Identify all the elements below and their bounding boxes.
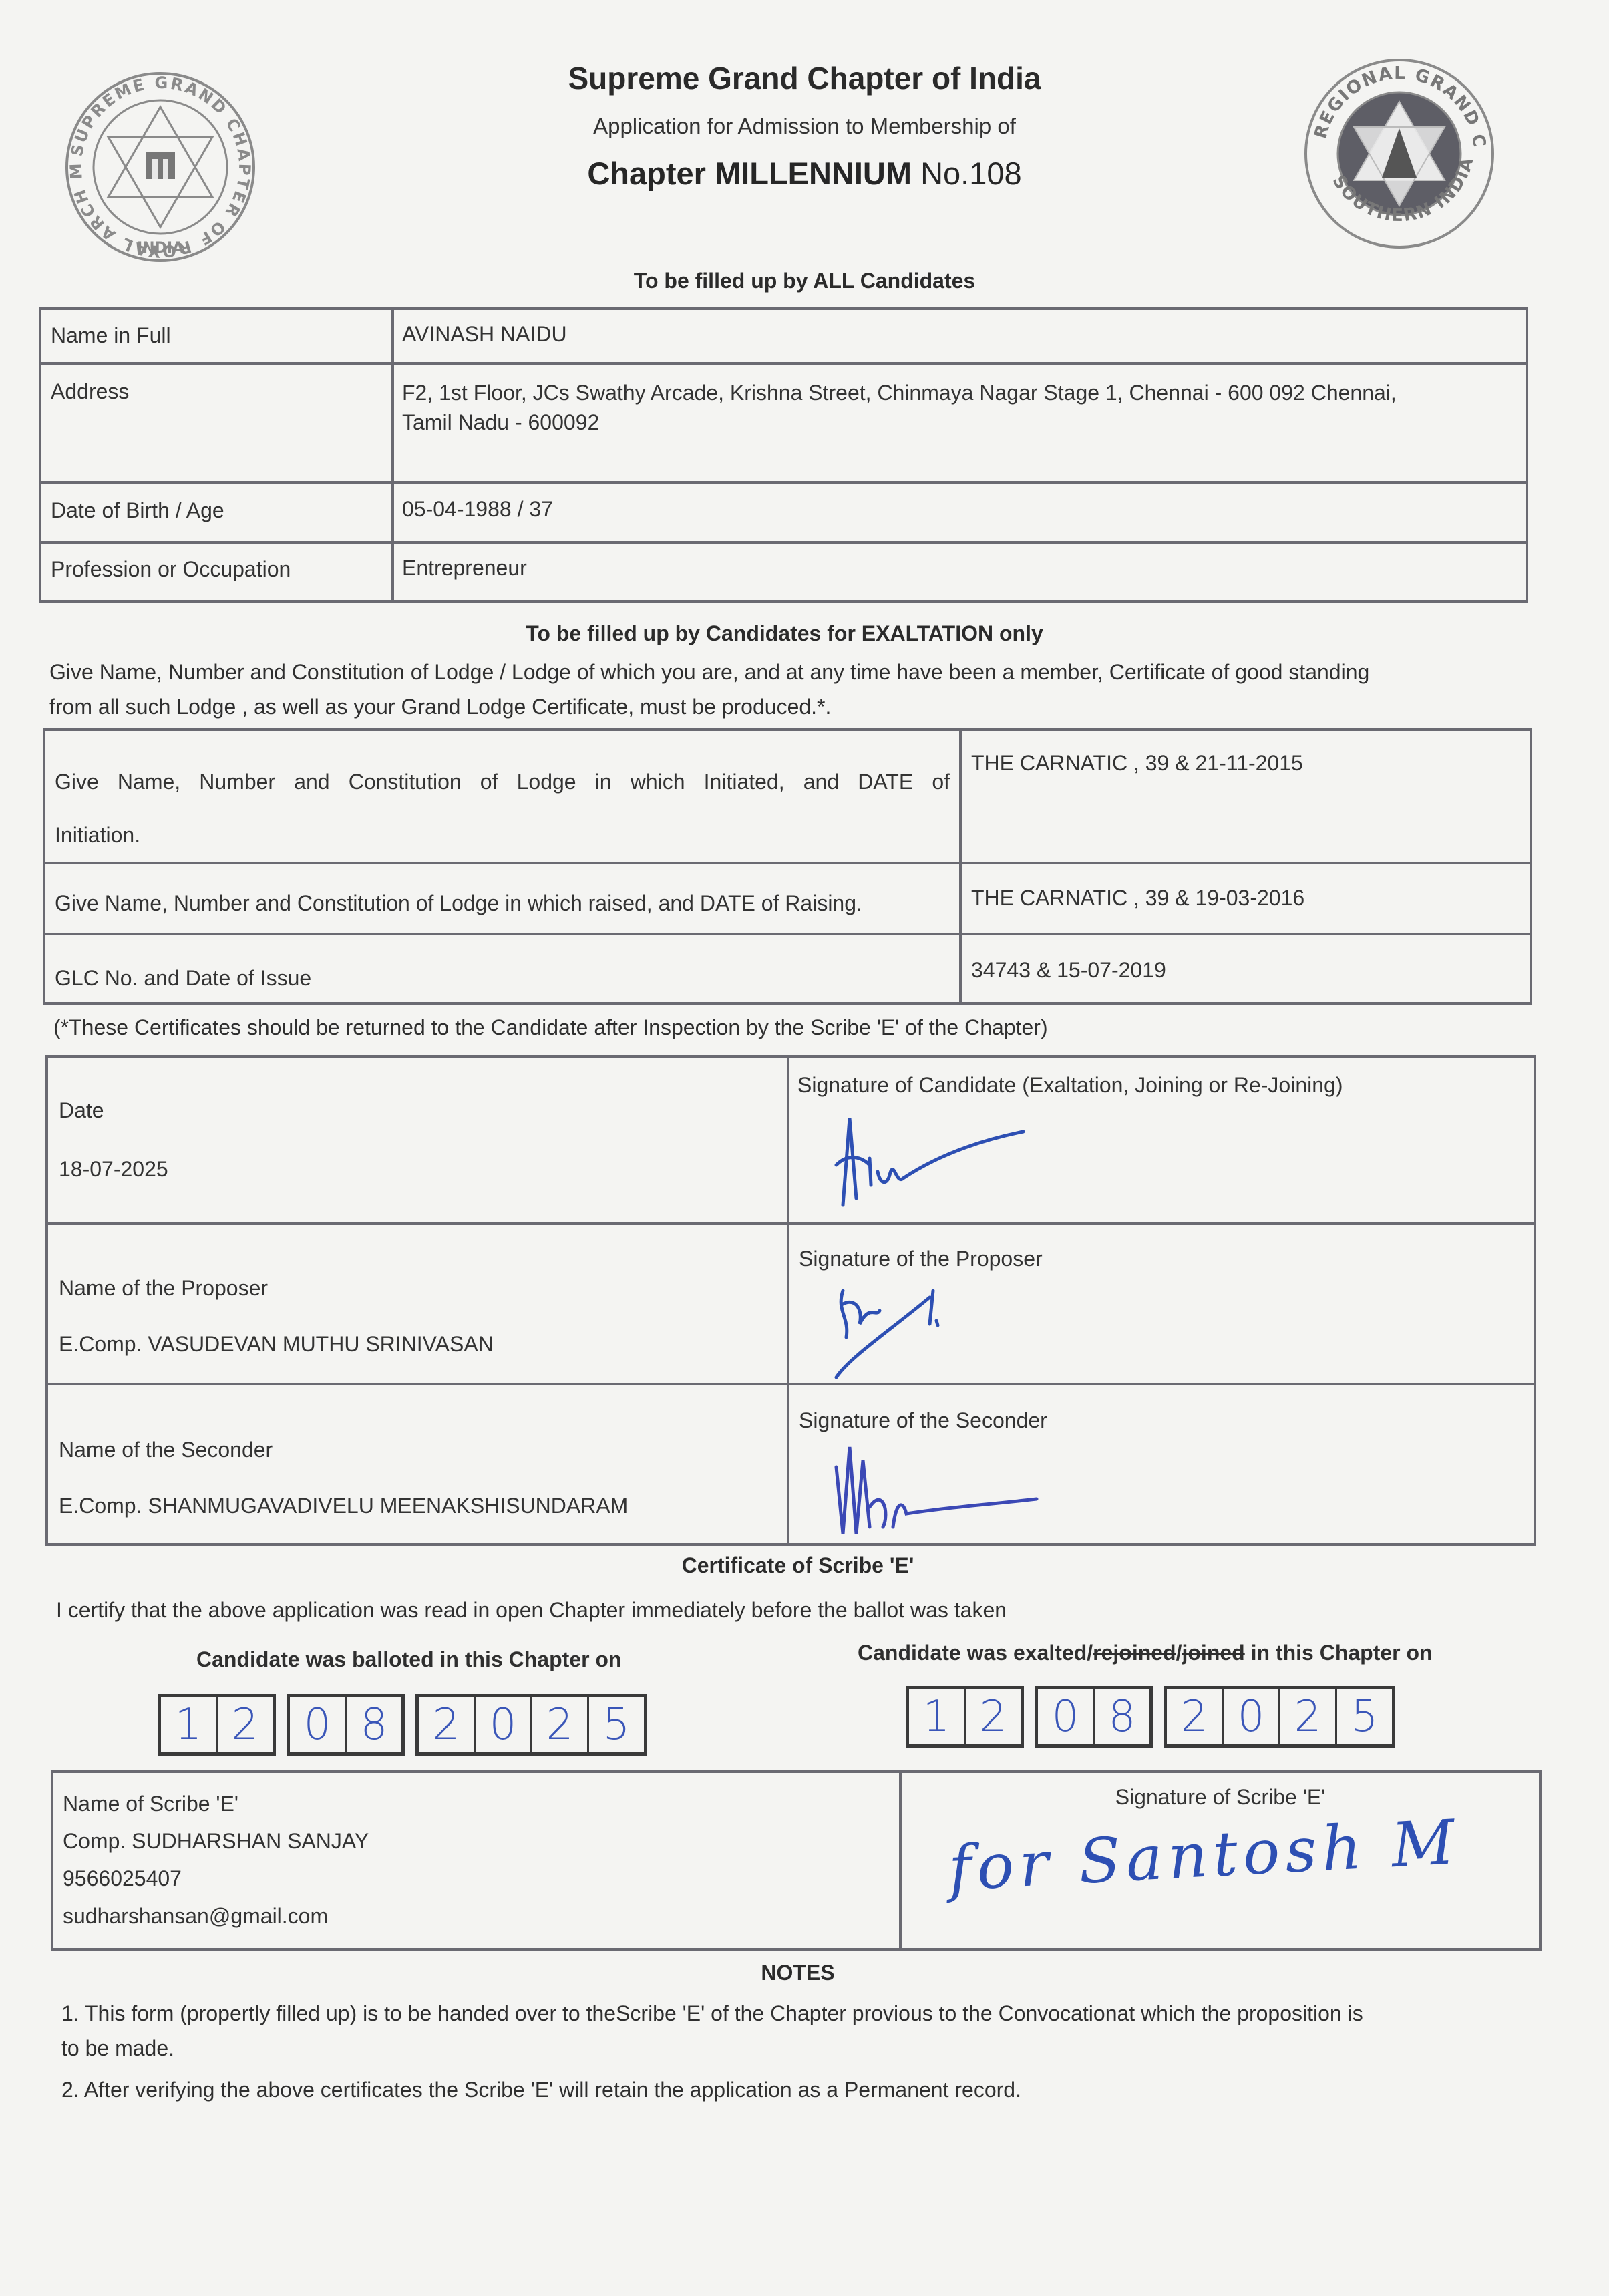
table-row: Address F2, 1st Floor, JCs Swathy Arcade… — [40, 363, 1527, 482]
seconder-cell: Name of the Seconder E.Comp. SHANMUGAVAD… — [47, 1384, 788, 1544]
scribe-signature-label: Signature of Scribe 'E' — [1115, 1785, 1326, 1809]
name-label: Name in Full — [40, 309, 393, 363]
exalted-label-struck-rejoined: rejoined — [1093, 1641, 1176, 1665]
exalted-date-digit[interactable]: 1 — [909, 1689, 966, 1744]
candidate-signature — [823, 1112, 1063, 1212]
address-label: Address — [40, 363, 393, 482]
proposer-label: Name of the Proposer — [59, 1260, 776, 1316]
balloted-date-group-3: 2025 — [415, 1694, 647, 1756]
signatures-table: Date 18-07-2025 Signature of Candidate (… — [45, 1055, 1536, 1546]
candidate-details-table: Name in Full AVINASH NAIDU Address F2, 1… — [39, 307, 1528, 603]
note-item-1: 1. This form (propertly filled up) is to… — [61, 1996, 1571, 2066]
proposer-name: E.Comp. VASUDEVAN MUTHU SRINIVASAN — [59, 1316, 776, 1372]
note-item-2: 2. After verifying the above certificate… — [61, 2072, 1571, 2107]
exalted-date-digit[interactable]: 8 — [1095, 1689, 1149, 1744]
candidate-signature-cell: Signature of Candidate (Exaltation, Join… — [788, 1057, 1535, 1224]
exaltation-instructions: Give Name, Number and Constitution of Lo… — [49, 655, 1572, 724]
organization-title: Supreme Grand Chapter of India — [0, 60, 1609, 96]
initiation-label-line-2: Initiation. — [55, 808, 950, 862]
glc-label: GLC No. and Date of Issue — [44, 934, 960, 1003]
scribe-name: Comp. SUDHARSHAN SANJAY — [63, 1822, 890, 1860]
note-1-line-1: 1. This form (propertly filled up) is to… — [61, 1996, 1571, 2031]
exalted-label: Candidate was exalted/rejoined/joined in… — [858, 1641, 1433, 1665]
table-row: Name in Full AVINASH NAIDU — [40, 309, 1527, 363]
raising-label: Give Name, Number and Constitution of Lo… — [44, 863, 960, 934]
date-value: 18-07-2025 — [59, 1140, 776, 1198]
seconder-name: E.Comp. SHANMUGAVADIVELU MEENAKSHISUNDAR… — [59, 1478, 776, 1534]
notes-heading: NOTES — [0, 1961, 1602, 1985]
chapter-name: Chapter MILLENNIUM No.108 — [0, 155, 1609, 192]
exalted-label-struck-joined: joined — [1182, 1641, 1244, 1665]
dob-value: 05-04-1988 / 37 — [393, 482, 1527, 542]
scribe-statement: I certify that the above application was… — [56, 1593, 1007, 1627]
initiation-value: THE CARNATIC , 39 & 21-11-2015 — [960, 729, 1531, 863]
exalted-date-digit[interactable]: 0 — [1224, 1689, 1280, 1744]
occupation-value: Entrepreneur — [393, 542, 1527, 601]
chapter-prefix: Chapter MILLENNIUM — [587, 156, 912, 191]
seconder-label: Name of the Seconder — [59, 1422, 776, 1478]
initiation-label: Give Name, Number and Constitution of Lo… — [44, 729, 960, 863]
balloted-date-digit[interactable]: 2 — [532, 1697, 589, 1752]
exalted-date-group-2: 08 — [1035, 1686, 1153, 1748]
raising-value: THE CARNATIC , 39 & 19-03-2016 — [960, 863, 1531, 934]
address-line-2: Tamil Nadu - 600092 — [402, 407, 1517, 437]
exaltation-heading: To be filled up by Candidates for EXALTA… — [0, 621, 1589, 646]
table-row: Name of the Proposer E.Comp. VASUDEVAN M… — [47, 1224, 1535, 1384]
scribe-email: sudharshansan@gmail.com — [63, 1897, 890, 1935]
balloted-label: Candidate was balloted in this Chapter o… — [196, 1647, 622, 1672]
table-row: Date of Birth / Age 05-04-1988 / 37 — [40, 482, 1527, 542]
balloted-date-digit[interactable]: 0 — [476, 1697, 532, 1752]
name-value: AVINASH NAIDU — [393, 309, 1527, 363]
scribe-details-table: Name of Scribe 'E' Comp. SUDHARSHAN SANJ… — [51, 1770, 1542, 1951]
balloted-date-digit[interactable]: 8 — [347, 1697, 401, 1752]
candidate-signature-label: Signature of Candidate (Exaltation, Join… — [797, 1073, 1343, 1097]
form-subtitle: Application for Admission to Membership … — [0, 114, 1609, 139]
scribe-certificate-heading: Certificate of Scribe 'E' — [0, 1553, 1602, 1578]
seconder-signature-cell: Signature of the Seconder — [788, 1384, 1535, 1544]
proposer-cell: Name of the Proposer E.Comp. VASUDEVAN M… — [47, 1224, 788, 1384]
balloted-date-group-2: 08 — [287, 1694, 405, 1756]
balloted-date-digit[interactable]: 2 — [419, 1697, 476, 1752]
chapter-number: No.108 — [920, 156, 1022, 191]
date-label: Date — [59, 1081, 776, 1140]
proposer-signature-label: Signature of the Proposer — [799, 1247, 1043, 1271]
notes-list: 1. This form (propertly filled up) is to… — [61, 1996, 1571, 2107]
exalted-label-part1: Candidate was exalted/ — [858, 1641, 1093, 1665]
balloted-date-boxes: 12082025 — [158, 1694, 647, 1756]
balloted-date-digit[interactable]: 5 — [589, 1697, 644, 1752]
proposer-signature — [830, 1284, 1003, 1384]
seconder-signature — [830, 1440, 1070, 1540]
seconder-signature-label: Signature of the Seconder — [799, 1408, 1047, 1432]
table-row: Profession or Occupation Entrepreneur — [40, 542, 1527, 601]
balloted-date-digit[interactable]: 2 — [218, 1697, 273, 1752]
exalted-date-group-1: 12 — [906, 1686, 1024, 1748]
exalted-date-digit[interactable]: 2 — [1167, 1689, 1224, 1744]
lodge-details-table: Give Name, Number and Constitution of Lo… — [43, 728, 1532, 1005]
balloted-date-digit[interactable]: 1 — [161, 1697, 218, 1752]
occupation-label: Profession or Occupation — [40, 542, 393, 601]
exalted-date-digit[interactable]: 5 — [1337, 1689, 1392, 1744]
exalted-date-digit[interactable]: 2 — [1280, 1689, 1337, 1744]
instructions-line-2: from all such Lodge , as well as your Gr… — [49, 689, 1572, 724]
address-value: F2, 1st Floor, JCs Swathy Arcade, Krishn… — [393, 363, 1527, 482]
exalted-date-group-3: 2025 — [1164, 1686, 1395, 1748]
table-row: Date 18-07-2025 Signature of Candidate (… — [47, 1057, 1535, 1224]
table-row: Give Name, Number and Constitution of Lo… — [44, 729, 1531, 863]
scribe-signature: for Santosh M — [947, 1806, 1462, 1905]
date-cell: Date 18-07-2025 — [47, 1057, 788, 1224]
glc-value: 34743 & 15-07-2019 — [960, 934, 1531, 1003]
balloted-date-digit[interactable]: 0 — [290, 1697, 347, 1752]
proposer-signature-cell: Signature of the Proposer — [788, 1224, 1535, 1384]
svg-text:INDIA: INDIA — [137, 240, 184, 257]
scribe-details-cell: Name of Scribe 'E' Comp. SUDHARSHAN SANJ… — [52, 1772, 900, 1949]
table-row: Give Name, Number and Constitution of Lo… — [44, 863, 1531, 934]
exalted-date-boxes: 12082025 — [906, 1686, 1395, 1748]
scribe-name-label: Name of Scribe 'E' — [63, 1785, 890, 1822]
exalted-date-digit[interactable]: 2 — [966, 1689, 1021, 1744]
scribe-signature-cell: Signature of Scribe 'E' for Santosh M — [900, 1772, 1540, 1949]
instructions-line-1: Give Name, Number and Constitution of Lo… — [49, 655, 1572, 689]
certificates-footnote: (*These Certificates should be returned … — [53, 1010, 1048, 1045]
note-1-line-2: to be made. — [61, 2031, 1571, 2066]
balloted-date-group-1: 12 — [158, 1694, 276, 1756]
scribe-phone: 9566025407 — [63, 1860, 890, 1897]
exalted-date-digit[interactable]: 0 — [1038, 1689, 1095, 1744]
table-row: Name of Scribe 'E' Comp. SUDHARSHAN SANJ… — [52, 1772, 1540, 1949]
all-candidates-heading: To be filled up by ALL Candidates — [0, 269, 1609, 293]
initiation-label-line-1: Give Name, Number and Constitution of Lo… — [55, 755, 950, 808]
exalted-label-part2: in this Chapter on — [1245, 1641, 1433, 1665]
dob-label: Date of Birth / Age — [40, 482, 393, 542]
address-line-1: F2, 1st Floor, JCs Swathy Arcade, Krishn… — [402, 378, 1517, 407]
table-row: GLC No. and Date of Issue 34743 & 15-07-… — [44, 934, 1531, 1003]
table-row: Name of the Seconder E.Comp. SHANMUGAVAD… — [47, 1384, 1535, 1544]
